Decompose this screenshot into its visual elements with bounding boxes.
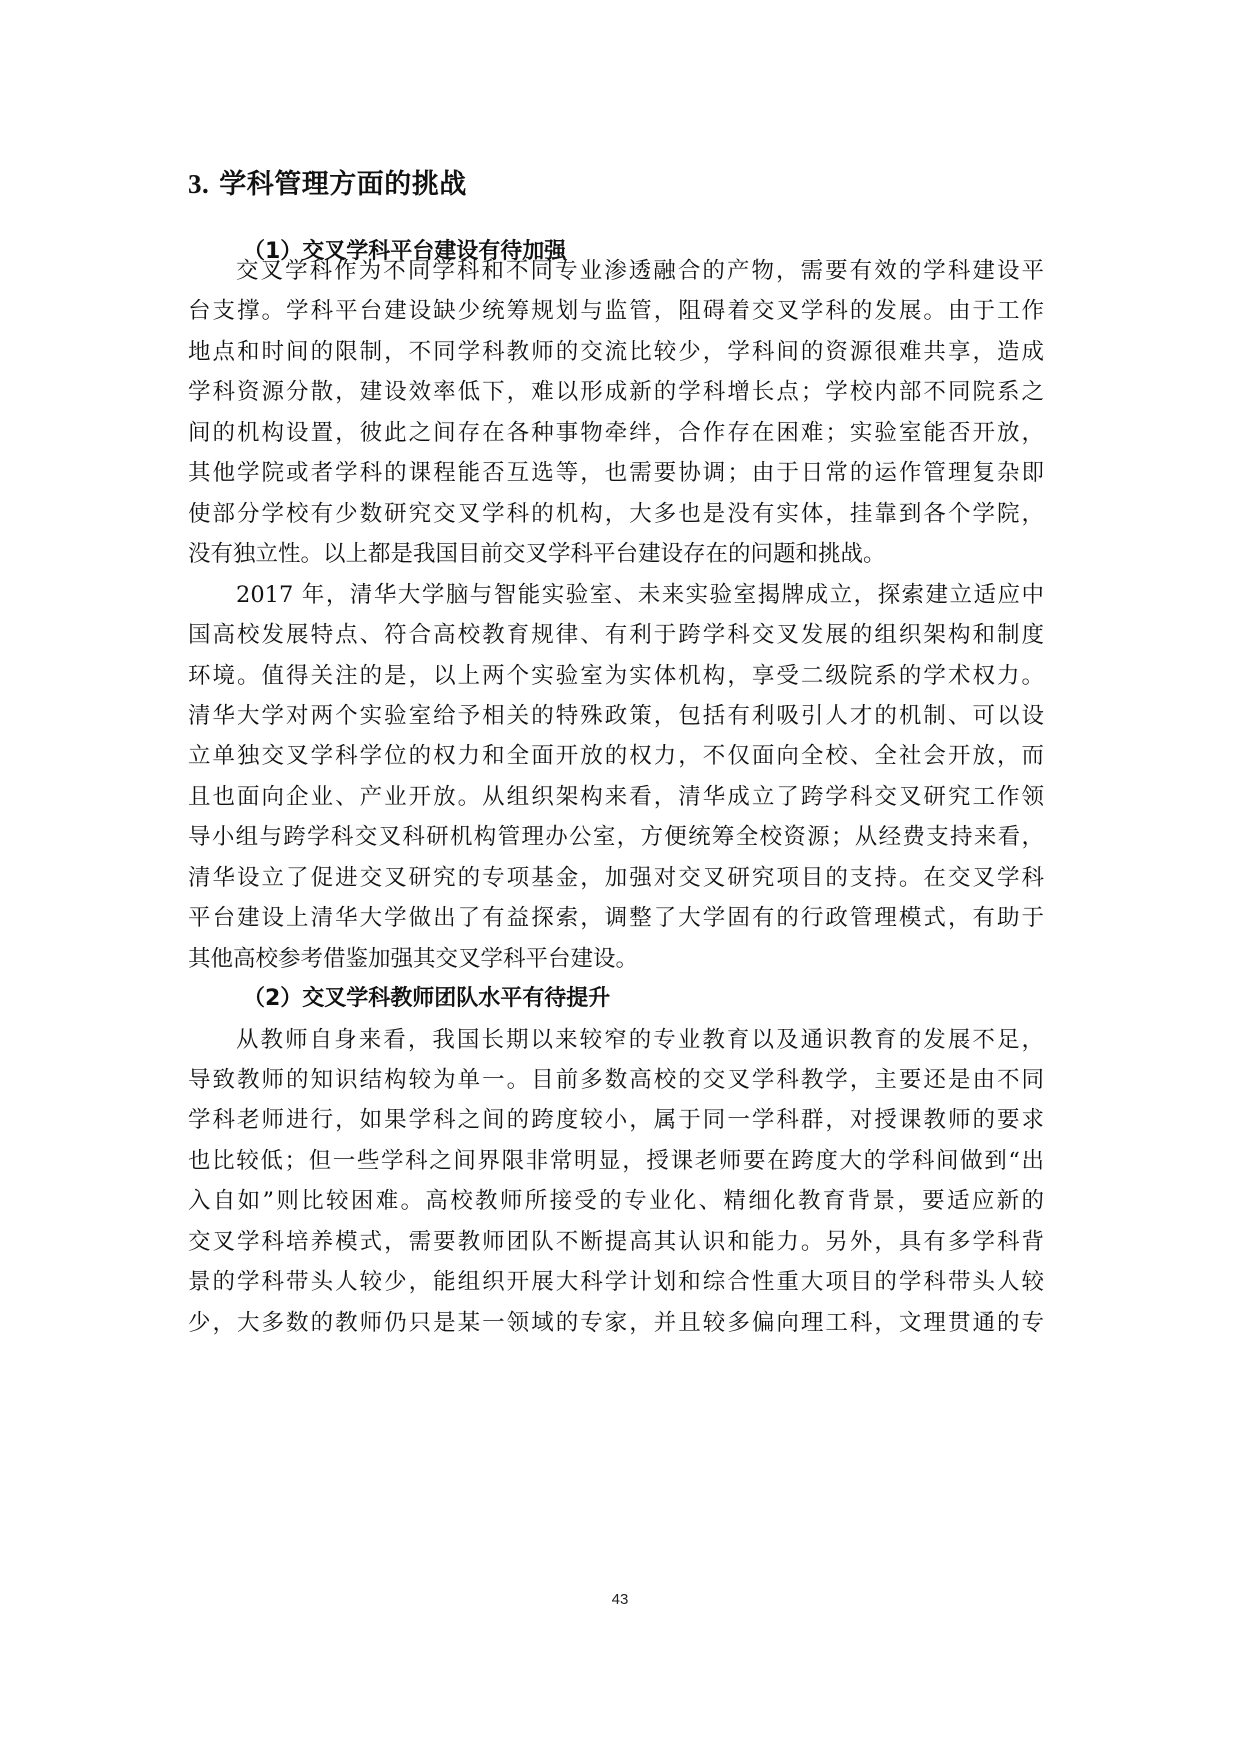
paragraph-line: 交叉学科作为不同学科和不同专业渗透融合的产物，需要有效的学科建设平 (236, 251, 1044, 291)
paragraph-line: 立单独交叉学科学位的权力和全面开放的权力，不仅面向全校、全社会开放，而 (188, 736, 1044, 776)
document-page: 3.学科管理方面的挑战 （1）交叉学科平台建设有待加强 交叉学科作为不同学科和不… (0, 0, 1240, 1753)
paragraph-line: 学科老师进行，如果学科之间的跨度较小，属于同一学科群，对授课教师的要求 (188, 1100, 1044, 1140)
paragraph-line: 使部分学校有少数研究交叉学科的机构，大多也是没有实体，挂靠到各个学院， (188, 494, 1044, 534)
paragraph-line: 台支撑。学科平台建设缺少统筹规划与监管，阻碍着交叉学科的发展。由于工作 (188, 291, 1044, 331)
paragraph-line: 从教师自身来看，我国长期以来较窄的专业教育以及通识教育的发展不足， (236, 1020, 1044, 1060)
paragraph-line: 其他高校参考借鉴加强其交叉学科平台建设。 (188, 939, 1044, 979)
section-heading: 3.学科管理方面的挑战 (188, 164, 467, 205)
paragraph-line: 导致教师的知识结构较为单一。目前多数高校的交叉学科教学，主要还是由不同 (188, 1060, 1044, 1100)
paragraph-line: 清华大学对两个实验室给予相关的特殊政策，包括有利吸引人才的机制、可以设 (188, 696, 1044, 736)
paragraph-line: 平台建设上清华大学做出了有益探索，调整了大学固有的行政管理模式，有助于 (188, 898, 1044, 938)
paragraph-line: 交叉学科培养模式，需要教师团队不断提高其认识和能力。另外，具有多学科背 (188, 1222, 1044, 1262)
paragraph-line: 其他学院或者学科的课程能否互选等，也需要协调；由于日常的运作管理复杂即 (188, 453, 1044, 493)
paragraph-line: 地点和时间的限制，不同学科教师的交流比较少，学科间的资源很难共享，造成 (188, 332, 1044, 372)
paragraph-line: 也比较低；但一些学科之间界限非常明显，授课老师要在跨度大的学科间做到“出 (188, 1141, 1044, 1181)
page-number: 43 (0, 1588, 1240, 1612)
paragraph-line: 2017 年，清华大学脑与智能实验室、未来实验室揭牌成立，探索建立适应中 (236, 575, 1044, 615)
paragraph-line: 间的机构设置，彼此之间存在各种事物牵绊，合作存在困难；实验室能否开放， (188, 413, 1044, 453)
paragraph-line: 少，大多数的教师仍只是某一领域的专家，并且较多偏向理工科，文理贯通的专 (188, 1303, 1044, 1343)
paragraph-line: 学科资源分散，建设效率低下，难以形成新的学科增长点；学校内部不同院系之 (188, 372, 1044, 412)
subsection-heading-2: （2）交叉学科教师团队水平有待提升 (243, 979, 610, 1019)
paragraph-line: 国高校发展特点、符合高校教育规律、有利于跨学科交叉发展的组织架构和制度 (188, 615, 1044, 655)
paragraph-line: 没有独立性。以上都是我国目前交叉学科平台建设存在的问题和挑战。 (188, 534, 1044, 574)
section-number: 3. (188, 169, 209, 199)
paragraph-line: 导小组与跨学科交叉科研机构管理办公室，方便统筹全校资源；从经费支持来看， (188, 817, 1044, 857)
paragraph-line: 景的学科带头人较少，能组织开展大科学计划和综合性重大项目的学科带头人较 (188, 1262, 1044, 1302)
paragraph-line: 入自如”则比较困难。高校教师所接受的专业化、精细化教育背景，要适应新的 (188, 1181, 1044, 1221)
paragraph-line: 清华设立了促进交叉研究的专项基金，加强对交叉研究项目的支持。在交叉学科 (188, 858, 1044, 898)
section-title: 学科管理方面的挑战 (219, 169, 467, 200)
paragraph-line: 且也面向企业、产业开放。从组织架构来看，清华成立了跨学科交叉研究工作领 (188, 777, 1044, 817)
paragraph-line: 环境。值得关注的是，以上两个实验室为实体机构，享受二级院系的学术权力。 (188, 656, 1044, 696)
